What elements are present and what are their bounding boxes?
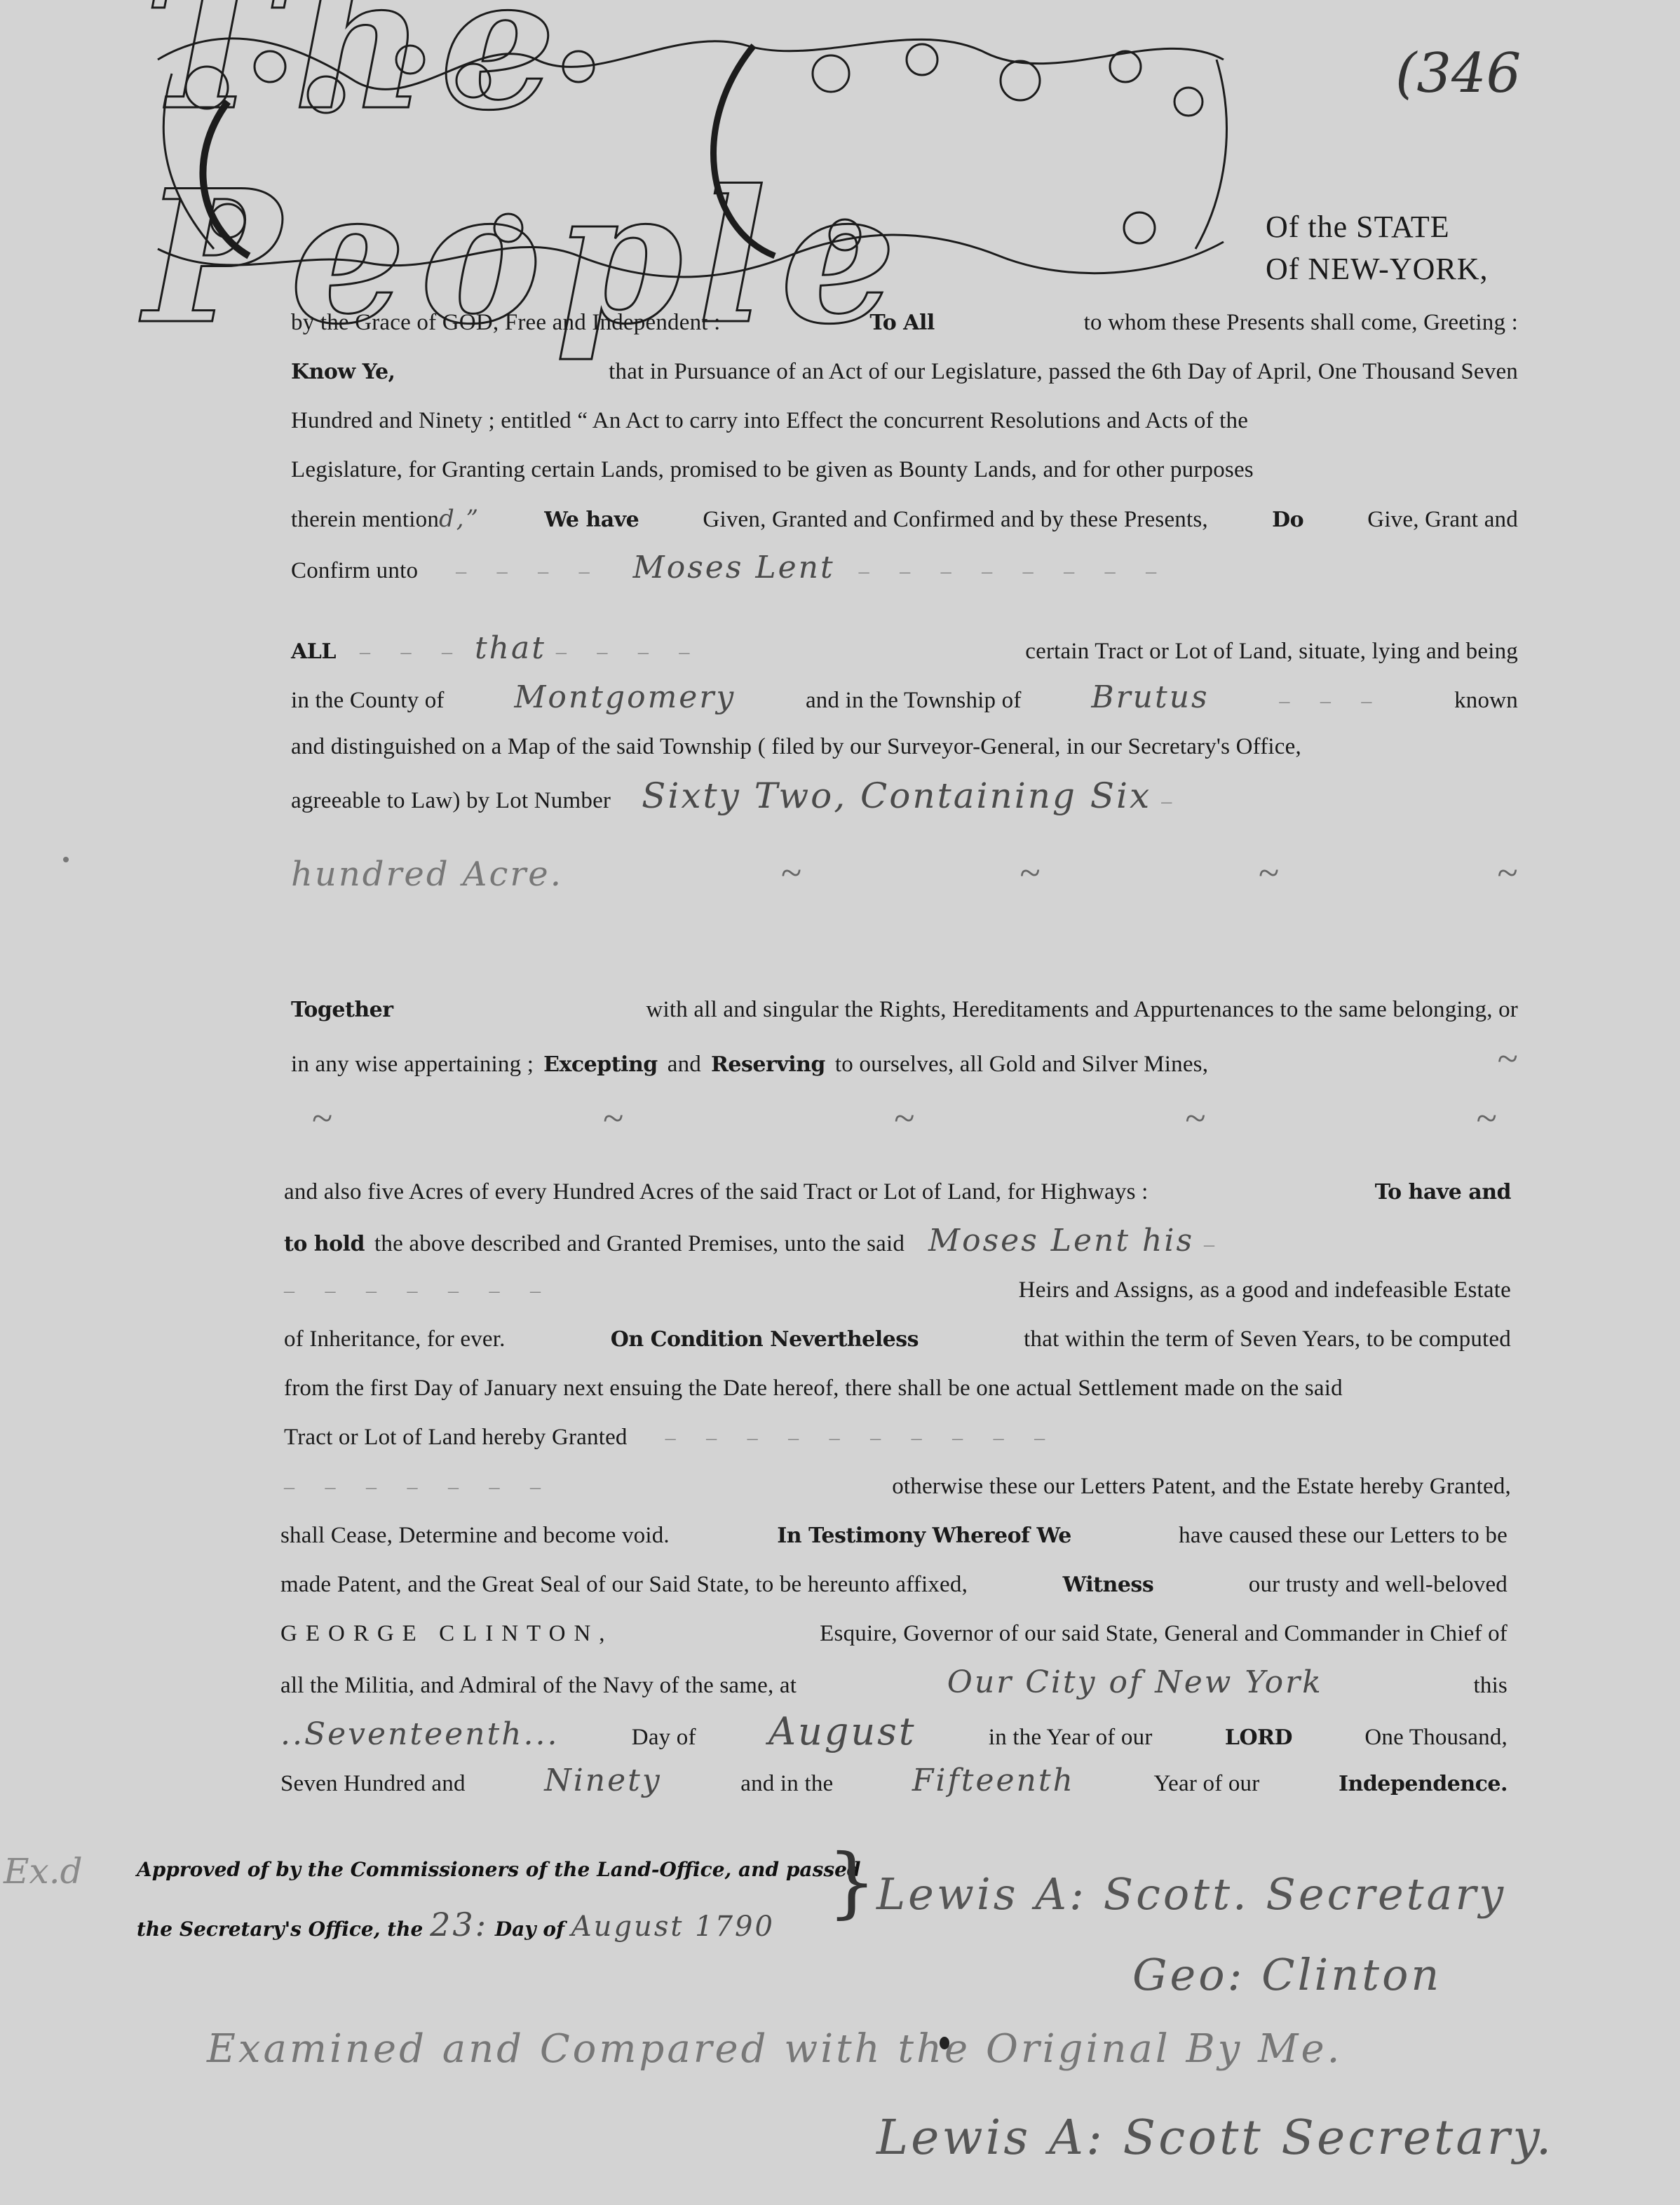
body-line-22: shall Cease, Determine and become void. … bbox=[280, 1511, 1508, 1560]
fill-dashes: – – – – – – – – bbox=[859, 547, 1170, 596]
fill-flourish: ~ bbox=[894, 1094, 914, 1143]
text: otherwise these our Letters Patent, and … bbox=[892, 1462, 1511, 1511]
text: known bbox=[1454, 676, 1518, 725]
blackletter-on-condition: On Condition Nevertheless bbox=[611, 1315, 919, 1364]
approval-day: 23: bbox=[430, 1906, 488, 1943]
margin-note: Ex.d bbox=[4, 1851, 83, 1892]
body-line-2: Know Ye, that in Pursuance of an Act of … bbox=[291, 347, 1518, 396]
text: Day of bbox=[632, 1713, 696, 1762]
text: Given, Granted and Confirmed and by thes… bbox=[703, 495, 1207, 544]
fill-dashes: – – – – – – – – – – bbox=[665, 1413, 1058, 1463]
fill-dashes: – – – – – – – bbox=[284, 1463, 553, 1512]
body-line-15: and also five Acres of every Hundred Acr… bbox=[284, 1167, 1511, 1216]
text: this bbox=[1474, 1661, 1508, 1710]
text: that in Pursuance of an Act of our Legis… bbox=[609, 347, 1518, 396]
text: the Secretary's Office, the bbox=[137, 1918, 423, 1941]
page-number: (346 bbox=[1395, 42, 1521, 105]
text: to ourselves, all Gold and Silver Mines, bbox=[835, 1040, 1208, 1089]
body-line-8-location: in the County of Montgomery and in the T… bbox=[291, 673, 1518, 722]
grantee-name-repeat: Moses Lent his bbox=[928, 1216, 1194, 1266]
body-line-4: Legislature, for Granting certain Lands,… bbox=[291, 445, 1518, 494]
fill-dashes: – – – bbox=[360, 627, 465, 677]
examined-note: Examined and Compared with the Original … bbox=[207, 2026, 1342, 2072]
text: in the Year of our bbox=[989, 1713, 1153, 1762]
text: certain Tract or Lot of Land, situate, l… bbox=[1025, 627, 1518, 676]
body-line-13: in any wise appertaining ; Excepting and… bbox=[291, 1034, 1518, 1083]
lot-number-description: Sixty Two, Containing Six bbox=[642, 771, 1151, 820]
text: Esquire, Governor of our said State, Gen… bbox=[820, 1609, 1508, 1658]
body-line-18: of Inheritance, for ever. On Condition N… bbox=[284, 1315, 1511, 1364]
blackletter-excepting: Excepting bbox=[543, 1040, 658, 1090]
text: One Thousand, bbox=[1364, 1713, 1508, 1762]
fill-flourish: ~ bbox=[1020, 848, 1041, 897]
body-line-7: ALL – – – that – – – – certain Tract or … bbox=[291, 624, 1518, 673]
text: all the Militia, and Admiral of the Navy… bbox=[280, 1661, 797, 1710]
text: Heirs and Assigns, as a good and indefea… bbox=[1019, 1266, 1511, 1315]
fill-dashes: – – – bbox=[1279, 677, 1384, 726]
text: agreeable to Law) by Lot Number bbox=[291, 776, 611, 825]
paper-speck bbox=[63, 857, 69, 862]
text: Hundred and Ninety ; entitled “ An Act t… bbox=[291, 396, 1248, 445]
body-line-26-date: ..Seventeenth... Day of August in the Ye… bbox=[280, 1707, 1508, 1756]
grantee-name: Moses Lent bbox=[633, 543, 835, 592]
state-title-line-1: Of the STATE bbox=[1266, 209, 1450, 245]
text: by the Grace of GOD, Free and Independen… bbox=[291, 298, 720, 347]
blackletter-know-ye: Know Ye, bbox=[291, 348, 395, 397]
masthead-title: The People bbox=[144, 18, 1245, 284]
text: Tract or Lot of Land hereby Granted bbox=[284, 1413, 628, 1462]
month: August bbox=[768, 1707, 916, 1756]
text: Day of bbox=[495, 1918, 564, 1941]
day-of-month: ..Seventeenth... bbox=[280, 1710, 559, 1759]
fill-flourish: ~ bbox=[781, 848, 801, 897]
body-line-12: Together with all and singular the Right… bbox=[291, 985, 1518, 1034]
text: from the first Day of January next ensui… bbox=[284, 1364, 1343, 1413]
text: Give, Grant and bbox=[1367, 495, 1518, 544]
signature-secretary: Lewis A: Scott. Secretary bbox=[876, 1868, 1506, 1920]
fill-flourish: ~ bbox=[603, 1094, 623, 1143]
body-line-5: therein mentiond,” We have Given, Grante… bbox=[291, 494, 1518, 543]
text: and also five Acres of every Hundred Acr… bbox=[284, 1167, 1148, 1216]
body-line-3: Hundred and Ninety ; entitled “ An Act t… bbox=[291, 396, 1518, 445]
body-line-17: – – – – – – – Heirs and Assigns, as a go… bbox=[284, 1266, 1511, 1315]
blackletter-witness: Witness bbox=[1063, 1561, 1154, 1610]
year-handwritten: Ninety bbox=[544, 1756, 662, 1805]
body-line-16: to hold the above described and Granted … bbox=[284, 1216, 1511, 1266]
body-line-14-flourishes: ~ ~ ~ ~ ~ bbox=[291, 1094, 1518, 1143]
fill-dashes: – bbox=[1161, 777, 1184, 826]
body-line-10-lot: agreeable to Law) by Lot Number Sixty Tw… bbox=[291, 771, 1518, 820]
fill-flourish: ~ bbox=[1259, 848, 1279, 897]
text: in the County of bbox=[291, 676, 445, 725]
text: made Patent, and the Great Seal of our S… bbox=[280, 1560, 968, 1609]
body-line-9: and distinguished on a Map of the said T… bbox=[291, 722, 1518, 771]
text: that within the term of Seven Years, to … bbox=[1024, 1315, 1511, 1364]
fill-dashes: – bbox=[1204, 1220, 1227, 1269]
body-line-19: from the first Day of January next ensui… bbox=[284, 1364, 1511, 1413]
approval-line-1: Approved of by the Commissioners of the … bbox=[137, 1858, 861, 1881]
approval-line-2: the Secretary's Office, the 23: Day of A… bbox=[137, 1906, 775, 1943]
handwritten-insert: d,” bbox=[439, 505, 480, 533]
body-line-21: – – – – – – – otherwise these our Letter… bbox=[284, 1462, 1511, 1511]
text: of Inheritance, for ever. bbox=[284, 1315, 506, 1364]
fill-flourish: ~ bbox=[1477, 1094, 1497, 1143]
text: have caused these our Letters to be bbox=[1179, 1511, 1508, 1560]
ink-blot bbox=[940, 2037, 949, 2049]
fill-flourish: ~ bbox=[1498, 1034, 1518, 1083]
approval-date: August 1790 bbox=[571, 1911, 775, 1943]
blackletter-lord: LORD bbox=[1225, 1714, 1292, 1763]
body-line-23: made Patent, and the Great Seal of our S… bbox=[280, 1560, 1508, 1609]
acreage: hundred Acre. bbox=[291, 850, 563, 899]
fill-dashes: – – – – bbox=[556, 627, 703, 677]
blackletter-to-hold: to hold bbox=[284, 1220, 365, 1269]
blackletter-to-all: To All bbox=[869, 299, 934, 348]
body-line-27-year: Seven Hundred and Ninety and in the Fift… bbox=[280, 1756, 1508, 1805]
text: and in the Township of bbox=[806, 676, 1022, 725]
text: with all and singular the Rights, Heredi… bbox=[646, 985, 1518, 1034]
text: in any wise appertaining ; bbox=[291, 1040, 534, 1089]
text: Legislature, for Granting certain Lands,… bbox=[291, 445, 1254, 494]
fill-flourish: ~ bbox=[312, 1094, 332, 1143]
blackletter-do: Do bbox=[1272, 496, 1303, 545]
body-line-25: all the Militia, and Admiral of the Navy… bbox=[280, 1658, 1508, 1707]
masthead-calligraphy: The People bbox=[144, 18, 1245, 284]
body-line-6-grantee: Confirm unto – – – – Moses Lent – – – – … bbox=[291, 543, 1518, 592]
township-name: Brutus bbox=[1091, 673, 1209, 722]
text: and in the bbox=[740, 1759, 833, 1808]
body-line-20: Tract or Lot of Land hereby Granted – – … bbox=[284, 1413, 1511, 1462]
text: Seven Hundred and bbox=[280, 1759, 466, 1808]
governor-name: GEORGE CLINTON, bbox=[280, 1609, 614, 1658]
text: Confirm unto bbox=[291, 546, 418, 595]
body-line-1: by the Grace of GOD, Free and Independen… bbox=[291, 298, 1518, 347]
fill-flourish: ~ bbox=[1185, 1094, 1205, 1143]
fill-dashes: – – – – – – – bbox=[284, 1266, 553, 1315]
signature-governor: Geo: Clinton bbox=[1132, 1949, 1442, 2000]
year-of-independence: Fifteenth bbox=[912, 1756, 1075, 1805]
fill-dashes: – – – – bbox=[456, 547, 602, 596]
fill-flourish: ~ bbox=[1498, 848, 1518, 897]
text: Year of our bbox=[1153, 1759, 1259, 1808]
text: shall Cease, Determine and become void. bbox=[280, 1511, 670, 1560]
text: to whom these Presents shall come, Greet… bbox=[1084, 298, 1518, 347]
body-line-11-acreage: hundred Acre. ~ ~ ~ ~ bbox=[291, 848, 1518, 897]
signature-examiner: Lewis A: Scott Secretary. bbox=[876, 2110, 1554, 2166]
blackletter-to-have-and: To have and bbox=[1375, 1168, 1511, 1217]
blackletter-all: ALL bbox=[291, 627, 336, 677]
text: the above described and Granted Premises… bbox=[374, 1219, 905, 1268]
county-name: Montgomery bbox=[514, 673, 736, 722]
blackletter-together: Together bbox=[291, 986, 393, 1035]
state-title-line-2: Of NEW-YORK, bbox=[1266, 251, 1489, 287]
text: and bbox=[668, 1040, 701, 1089]
handwritten-that: that bbox=[475, 624, 546, 673]
blackletter-we-have: We have bbox=[544, 496, 639, 545]
brace: } bbox=[827, 1837, 876, 1927]
text: and distinguished on a Map of the said T… bbox=[291, 722, 1301, 771]
place-of-signing: Our City of New York bbox=[947, 1658, 1323, 1707]
body-line-24: GEORGE CLINTON, Esquire, Governor of our… bbox=[280, 1609, 1508, 1658]
blackletter-reserving: Reserving bbox=[711, 1040, 825, 1090]
text: therein mention bbox=[291, 507, 439, 532]
blackletter-independence: Independence. bbox=[1339, 1760, 1508, 1809]
text: our trusty and well-beloved bbox=[1249, 1560, 1508, 1609]
blackletter-in-testimony: In Testimony Whereof We bbox=[777, 1512, 1071, 1561]
